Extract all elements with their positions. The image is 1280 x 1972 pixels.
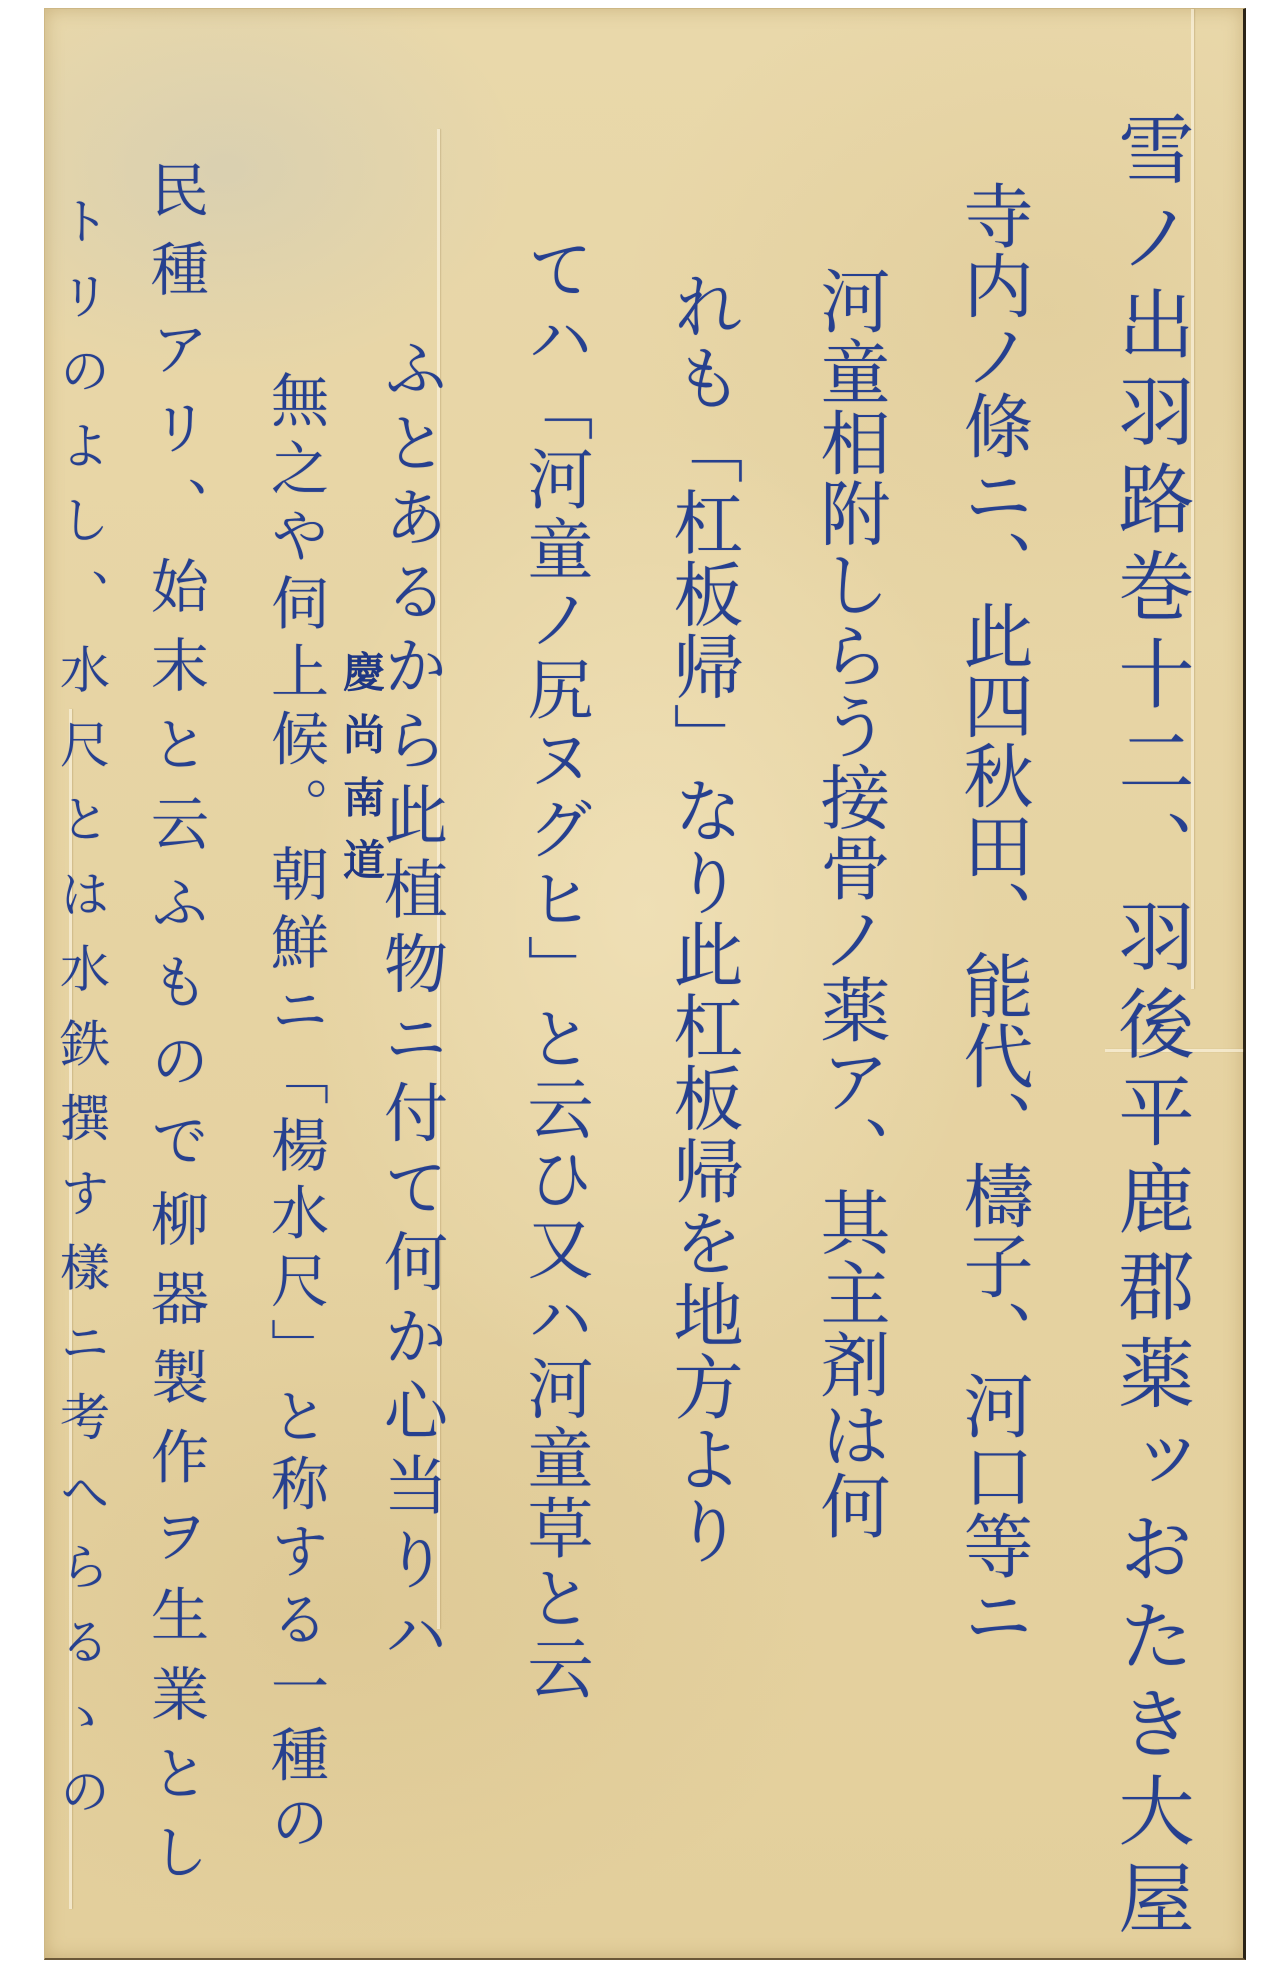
text-column-9: トリのよし、水尺とは水鉄撰す樣ニ考へらるゝの (56, 195, 106, 1815)
text-column-5: てハ「河童ノ尻ヌグヒ」と云ひ又ハ河童草と云 (521, 235, 587, 1700)
text-column-3: 河童相附しらう接骨ノ薬ア、其主剤は何 (815, 265, 885, 1540)
postcard-paper (44, 8, 1246, 1960)
text-column-8: 民種アリ、始末と云ふもので柳器製作ヲ生業とし (146, 160, 204, 1880)
text-column-1: 雪ノ出羽路巻十二、羽後平鹿郡薬ッおたき大屋 (1112, 110, 1188, 1935)
text-column-2: 寺内ノ條ニ、此四秋田、能代、檮子、河口等ニ (958, 180, 1028, 1480)
text-column-4: れも「杠板帰」なり此杠板帰を地方より (668, 270, 738, 1565)
text-column-6: ふとあるから此植物ニ付て何か心当りハ (378, 335, 442, 1665)
text-column-7: 無之や伺上候。朝鮮ニ「楊水尺」と称する一種の (266, 370, 324, 1850)
interlinear-note: 慶尚南道 (340, 650, 382, 880)
